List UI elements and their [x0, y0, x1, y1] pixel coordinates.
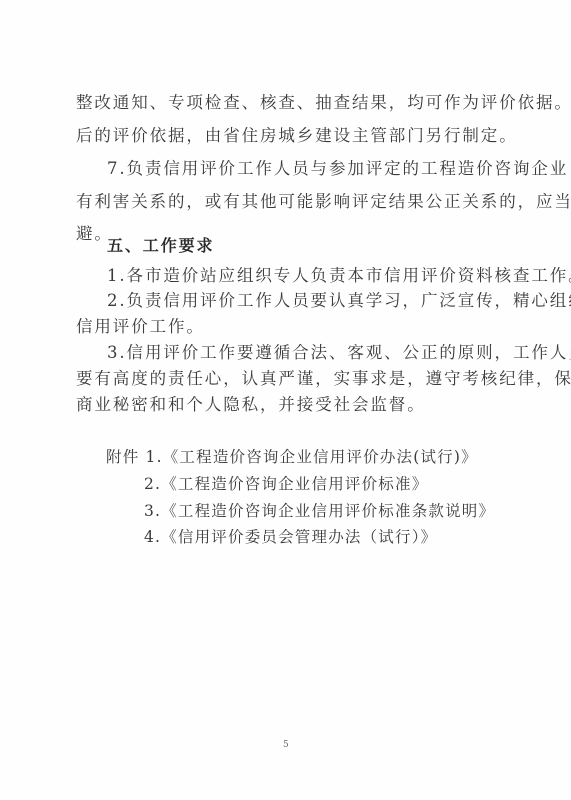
page-number: 5 — [283, 740, 289, 750]
paragraph-line: 有利害关系的，或有其他可能影响评定结果公正关系的，应当回 — [76, 192, 506, 212]
section-heading: 五、工作要求 — [107, 236, 537, 256]
document-page: 整改通知、专项检查、核查、抽查结果，均可作为评价依据。今 后的评价依据，由省住房… — [0, 0, 571, 800]
attachment-item: 4.《信用评价委员会管理办法（试行）》 — [144, 527, 571, 547]
list-item: 1.各市造价站应组织专人负责本市信用评价资料核查工作。 — [107, 266, 537, 286]
paragraph-line: 后的评价依据，由省住房城乡建设主管部门另行制定。 — [76, 126, 506, 146]
list-item: 3.信用评价工作要遵循合法、客观、公正的原则，工作人员 — [107, 343, 537, 363]
list-item: 2.负责信用评价工作人员要认真学习，广泛宣传，精心组织 — [107, 291, 537, 311]
list-item-continuation: 要有高度的责任心，认真严谨，实事求是，遵守考核纪律，保守 — [76, 369, 506, 389]
list-item-continuation: 商业秘密和和个人隐私，并接受社会监督。 — [76, 395, 506, 415]
attachment-item: 3.《工程造价咨询企业信用评价标准条款说明》 — [144, 501, 571, 521]
paragraph-line: 7.负责信用评价工作人员与参加评定的工程造价咨询企业 — [107, 159, 537, 179]
attachment-item: 附件 1.《工程造价咨询企业信用评价办法(试行)》 — [106, 447, 536, 467]
paragraph-line: 整改通知、专项检查、核查、抽查结果，均可作为评价依据。今 — [76, 93, 506, 113]
attachment-item: 2.《工程造价咨询企业信用评价标准》 — [144, 474, 571, 494]
list-item-continuation: 信用评价工作。 — [76, 317, 506, 337]
